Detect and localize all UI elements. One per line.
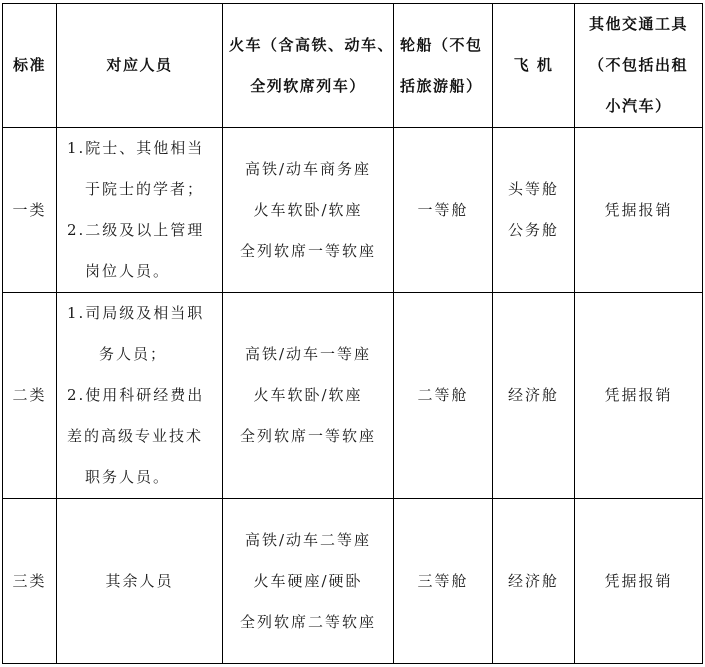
persons-line: 职务人员。 [63, 457, 216, 498]
header-persons: 对应人员 [57, 4, 223, 128]
cell-other-transport: 凭据报销 [575, 293, 703, 499]
table-header-row: 标准 对应人员 火车（含高铁、动车、 全列软席列车） 轮船（不包 括旅游船） 飞… [3, 4, 703, 128]
train-line: 火车硬座/硬卧 [229, 561, 387, 602]
cell-ship: 三等舱 [394, 499, 493, 664]
header-train: 火车（含高铁、动车、 全列软席列车） [223, 4, 394, 128]
train-line: 高铁/动车商务座 [229, 149, 387, 190]
cell-standard: 一类 [3, 128, 57, 293]
header-line: 其他交通工具 [581, 4, 696, 45]
ship-line: 一等舱 [400, 190, 486, 231]
persons-line: 其余人员 [63, 561, 216, 602]
header-line: 全列软席列车） [229, 66, 387, 107]
header-line: 火车（含高铁、动车、 [229, 25, 387, 66]
ship-line: 三等舱 [400, 561, 486, 602]
cell-train: 高铁/动车商务座 火车软卧/软座 全列软席一等软座 [223, 128, 394, 293]
header-line: 对应人员 [63, 45, 216, 86]
header-line: 标准 [9, 45, 50, 86]
cell-persons: 1.司局级及相当职 务人员； 2.使用科研经费出 差的高级专业技术 职务人员。 [57, 293, 223, 499]
standard-label: 二类 [9, 375, 50, 416]
cell-train: 高铁/动车二等座 火车硬座/硬卧 全列软席二等软座 [223, 499, 394, 664]
other-line: 凭据报销 [581, 190, 696, 231]
standard-label: 三类 [9, 561, 50, 602]
cell-other-transport: 凭据报销 [575, 499, 703, 664]
train-line: 全列软席一等软座 [229, 231, 387, 272]
table-row: 二类 1.司局级及相当职 务人员； 2.使用科研经费出 差的高级专业技术 职务人… [3, 293, 703, 499]
header-other-transport: 其他交通工具 （不包括出租 小汽车） [575, 4, 703, 128]
plane-line: 经济舱 [499, 375, 568, 416]
persons-line: 岗位人员。 [63, 251, 216, 292]
train-line: 全列软席二等软座 [229, 602, 387, 643]
cell-plane: 经济舱 [493, 499, 575, 664]
header-line: 轮船（不包 [400, 25, 486, 66]
standard-label: 一类 [9, 190, 50, 231]
header-line: 飞 机 [499, 45, 568, 86]
plane-line: 头等舱 [499, 169, 568, 210]
header-line: 小汽车） [581, 86, 696, 127]
train-line: 高铁/动车二等座 [229, 520, 387, 561]
travel-standards-table: 标准 对应人员 火车（含高铁、动车、 全列软席列车） 轮船（不包 括旅游船） 飞… [2, 3, 703, 664]
plane-line: 公务舱 [499, 210, 568, 251]
header-plane: 飞 机 [493, 4, 575, 128]
cell-ship: 二等舱 [394, 293, 493, 499]
ship-line: 二等舱 [400, 375, 486, 416]
persons-line: 务人员； [63, 334, 216, 375]
plane-line: 经济舱 [499, 561, 568, 602]
cell-plane: 头等舱 公务舱 [493, 128, 575, 293]
header-line: （不包括出租 [581, 45, 696, 86]
train-line: 火车软卧/软座 [229, 190, 387, 231]
cell-persons: 其余人员 [57, 499, 223, 664]
table-row: 三类 其余人员 高铁/动车二等座 火车硬座/硬卧 全列软席二等软座 三等舱 经济… [3, 499, 703, 664]
cell-other-transport: 凭据报销 [575, 128, 703, 293]
header-line: 括旅游船） [400, 66, 486, 107]
other-line: 凭据报销 [581, 375, 696, 416]
cell-plane: 经济舱 [493, 293, 575, 499]
train-line: 火车软卧/软座 [229, 375, 387, 416]
header-standard: 标准 [3, 4, 57, 128]
persons-line: 2.二级及以上管理 [63, 210, 216, 251]
cell-ship: 一等舱 [394, 128, 493, 293]
train-line: 全列软席一等软座 [229, 416, 387, 457]
persons-line: 1.司局级及相当职 [63, 293, 216, 334]
cell-persons: 1.院士、其他相当 于院士的学者； 2.二级及以上管理 岗位人员。 [57, 128, 223, 293]
cell-standard: 三类 [3, 499, 57, 664]
header-ship: 轮船（不包 括旅游船） [394, 4, 493, 128]
persons-line: 1.院士、其他相当 [63, 128, 216, 169]
persons-line: 2.使用科研经费出 [63, 375, 216, 416]
cell-standard: 二类 [3, 293, 57, 499]
cell-train: 高铁/动车一等座 火车软卧/软座 全列软席一等软座 [223, 293, 394, 499]
table-row: 一类 1.院士、其他相当 于院士的学者； 2.二级及以上管理 岗位人员。 高铁/… [3, 128, 703, 293]
persons-line: 于院士的学者； [63, 169, 216, 210]
train-line: 高铁/动车一等座 [229, 334, 387, 375]
other-line: 凭据报销 [581, 561, 696, 602]
persons-line: 差的高级专业技术 [63, 416, 216, 457]
